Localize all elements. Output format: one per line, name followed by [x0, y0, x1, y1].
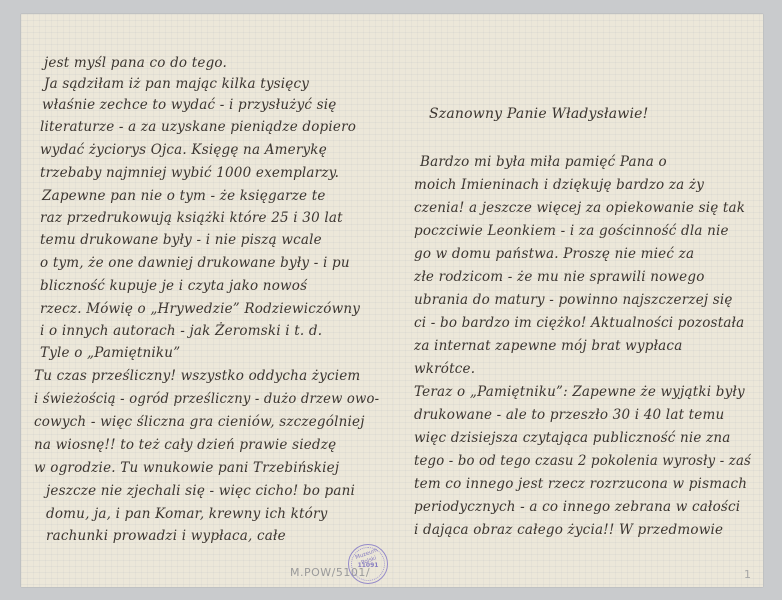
left-line-8: raz przedrukowują książki które 25 i 30 …: [40, 210, 343, 226]
center-fold: [392, 14, 394, 587]
right-line-10: wkrótce.: [414, 361, 475, 377]
left-line-1: jest myśl pana co do tego.: [44, 55, 227, 71]
left-line-10: o tym, że one dawniej drukowane były - i…: [40, 255, 350, 271]
right-line-7: ubrania do matury - powinno najszczerzej…: [414, 292, 733, 308]
right-line-8: ci - bo bardzo im ciężko! Aktualności po…: [414, 315, 744, 331]
right-line-13: więc dzisiejsza czytająca publiczność ni…: [414, 430, 731, 446]
left-line-15: Tu czas prześliczny! wszystko oddycha ży…: [34, 368, 360, 384]
left-line-7: Zapewne pan nie o tym - że księgarze te: [42, 188, 326, 204]
left-line-3: właśnie zechce to wydać - i przysłużyć s…: [42, 97, 337, 113]
right-line-15: tem co innego jest rzecz rozrzucona w pi…: [414, 476, 747, 492]
right-line-9: za internat zapewne mój brat wypłaca: [414, 338, 682, 354]
left-line-19: w ogrodzie. Tu wnukowie pani Trzebińskie…: [34, 460, 339, 476]
left-line-11: bliczność kupuje je i czyta jako nowoś: [40, 278, 307, 294]
letter-sheet: jest myśl pana co do tego. Ja sądziłam i…: [21, 14, 763, 587]
right-line-11: Teraz o „Pamiętniku”: Zapewne że wyjątki…: [414, 384, 745, 400]
right-line-1: Bardzo mi była miła pamięć Pana o: [420, 154, 667, 170]
right-line-6: złe rodzicom - że mu nie sprawili nowego: [414, 269, 705, 285]
left-line-18: na wiosnę!! to też cały dzień prawie sie…: [34, 437, 336, 453]
left-line-21: domu, ja, i pan Komar, krewny ich który: [46, 506, 327, 522]
right-line-14: tego - bo od tego czasu 2 pokolenia wyro…: [414, 453, 751, 469]
right-line-16: periodycznych - a co innego zebrana w ca…: [414, 499, 740, 515]
left-line-17: cowych - więc śliczna gra cieniów, szcze…: [34, 414, 365, 430]
left-line-14: Tyle o „Pamiętniku”: [40, 345, 180, 361]
left-line-5: wydać życiorys Ojca. Księgę na Amerykę: [40, 142, 327, 158]
left-line-4: literaturze - a za uzyskane pieniądze do…: [40, 119, 356, 135]
museum-stamp: Muzeum Polski 11091: [348, 544, 388, 584]
right-line-17: i dająca obraz całego życia!! W przedmow…: [414, 522, 723, 538]
left-line-16: i świeżością - ogród prześliczny - dużo …: [34, 391, 379, 407]
left-line-6: trzebaby najmniej wybić 1000 exemplarzy.: [40, 165, 339, 181]
left-line-22: rachunki prowadzi i wypłaca, całe: [46, 528, 286, 544]
page-number: 1: [744, 568, 751, 581]
right-line-4: poczciwie Leonkiem - i za gościnność dla…: [414, 223, 729, 239]
salutation: Szanowny Panie Władysławie!: [429, 106, 648, 122]
left-line-9: temu drukowane były - i nie piszą wcale: [40, 232, 322, 248]
stamp-number: 11091: [349, 562, 387, 569]
right-line-3: czenia! a jeszcze więcej za opiekowanie …: [414, 200, 745, 216]
right-line-2: moich Imieninach i dziękuję bardzo za ży: [414, 177, 704, 193]
right-page: Szanowny Panie Władysławie! Bardzo mi by…: [395, 14, 763, 587]
right-line-5: go w domu państwa. Proszę nie mieć za: [414, 246, 694, 262]
left-page: jest myśl pana co do tego. Ja sądziłam i…: [21, 14, 391, 587]
right-line-12: drukowane - ale to przeszło 30 i 40 lat …: [414, 407, 724, 423]
left-line-12: rzecz. Mówię o „Hrywedzie” Rodziewiczówn…: [40, 301, 360, 317]
left-line-13: i o innych autorach - jak Żeromski i t. …: [40, 323, 322, 339]
left-line-20: jeszcze nie zjechali się - więc cicho! b…: [46, 483, 355, 499]
left-line-2: Ja sądziłam iż pan mając kilka tysięcy: [44, 76, 309, 92]
